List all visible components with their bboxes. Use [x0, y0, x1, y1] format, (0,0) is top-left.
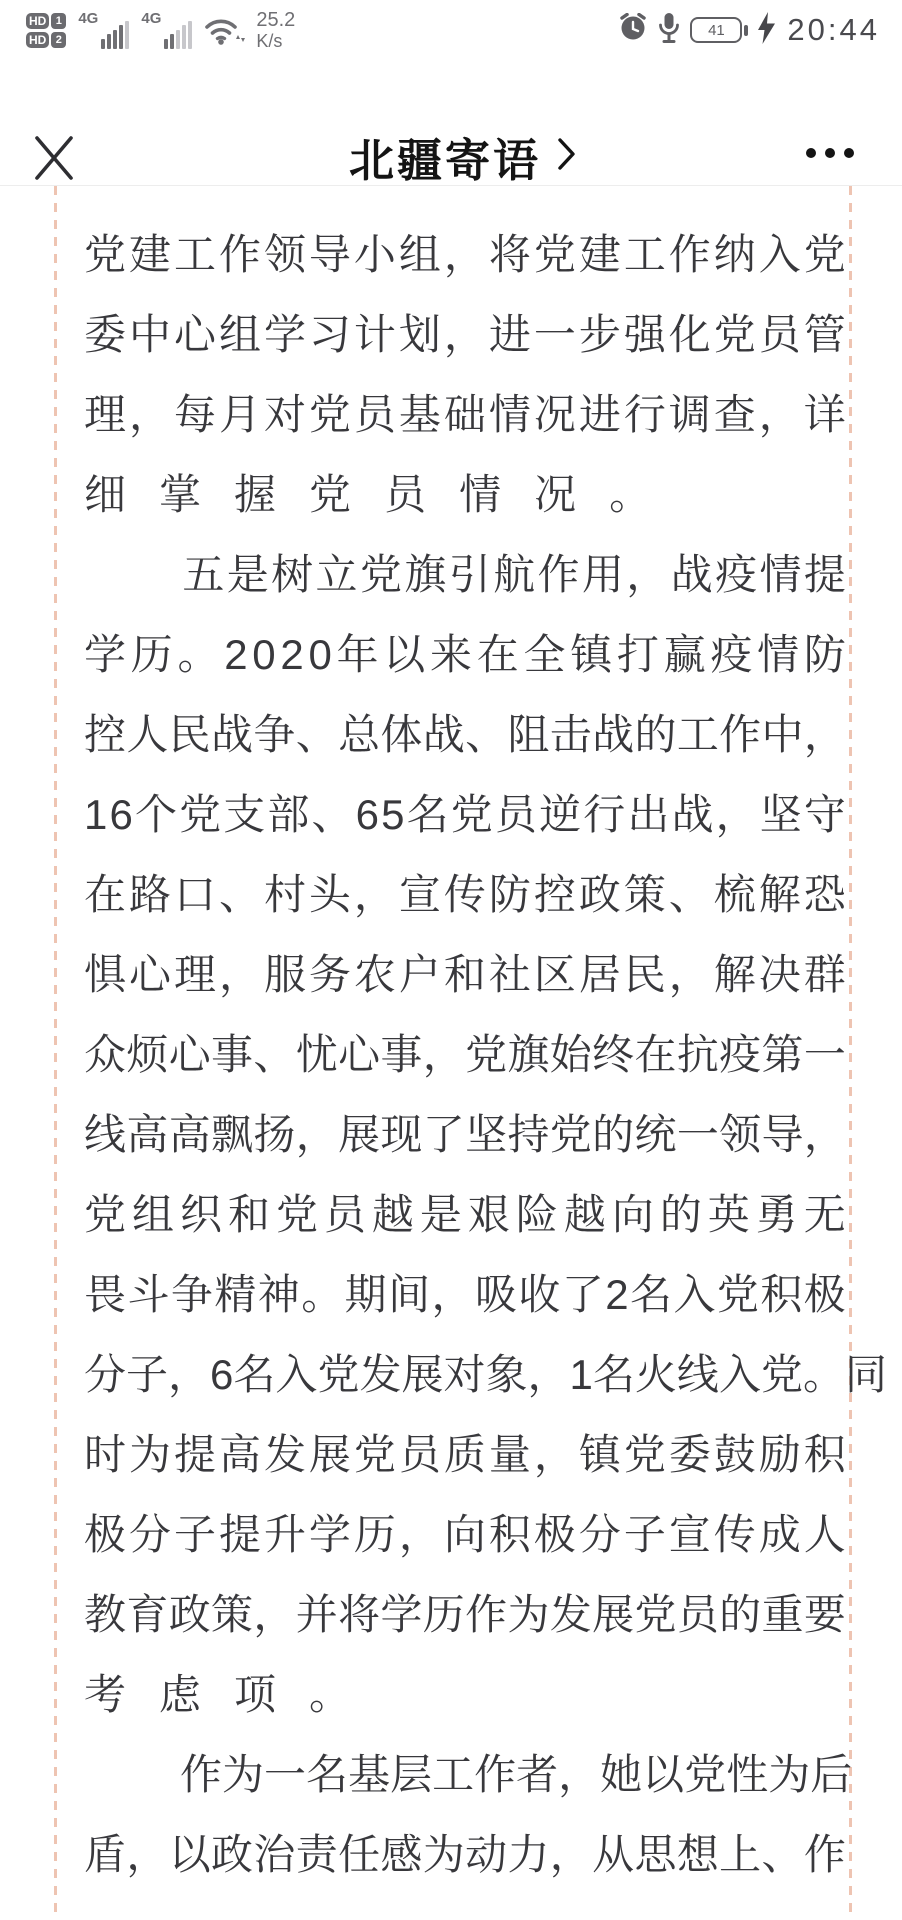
microphone-icon	[658, 12, 680, 49]
text-line: 16个党支部、65名党员逆行出战，坚守	[84, 775, 846, 855]
network-type-label: 4G	[141, 11, 161, 26]
signal-sim1: 4G	[78, 11, 129, 49]
page-left-dashed-border	[54, 186, 57, 1920]
battery-outline: 41	[690, 17, 742, 43]
network-speed: 25.2 K/s	[256, 9, 295, 51]
text-line: 委中心组学习计划，进一步强化党员管	[84, 295, 846, 375]
close-button[interactable]	[28, 134, 80, 186]
hd-icon: HD	[26, 13, 49, 29]
speed-value: 25.2	[256, 9, 295, 31]
more-menu-button[interactable]	[806, 148, 854, 158]
status-right-cluster: 41 20:44	[618, 12, 880, 49]
text-line: 党组织和党员越是艰险越向的英勇无	[84, 1175, 846, 1255]
status-time: 20:44	[787, 12, 880, 48]
status-left-cluster: HD 1 HD 2 4G 4G	[26, 9, 295, 51]
more-dots-icon	[825, 148, 835, 158]
battery-tip	[744, 25, 748, 36]
text-line: 学历。2020年以来在全镇打赢疫情防	[84, 615, 846, 695]
text-line: 众烦心事、忧心事，党旗始终在抗疫第一	[84, 1015, 846, 1095]
page-title: 北疆寄语	[349, 124, 541, 189]
text-line: 控人民战争、总体战、阻击战的工作中，	[84, 695, 846, 775]
chevron-right-icon	[557, 135, 577, 178]
status-bar: HD 1 HD 2 4G 4G	[0, 0, 902, 56]
text-line: 线高高飘扬，展现了坚持党的统一领导，	[84, 1095, 846, 1175]
signal-bars-icon	[164, 21, 192, 49]
signal-bars-icon	[101, 21, 129, 49]
close-icon	[31, 134, 77, 187]
more-dots-icon	[844, 148, 854, 158]
hd-icon: HD	[26, 32, 49, 48]
text-line: 作为一名基层工作者，她以党性为后	[84, 1735, 846, 1815]
text-line: 极分子提升学历，向积极分子宣传成人	[84, 1495, 846, 1575]
nav-header: 北疆寄语	[0, 56, 902, 185]
text-line: 惧心理，服务农户和社区居民，解决群	[84, 935, 846, 1015]
phone-screen: HD 1 HD 2 4G 4G	[0, 0, 902, 1920]
text-line: 五是树立党旗引航作用，战疫情提	[84, 535, 846, 615]
battery-percent: 41	[708, 22, 725, 39]
network-type-label: 4G	[78, 11, 98, 26]
alarm-clock-icon	[618, 13, 648, 48]
charging-bolt-icon	[758, 12, 775, 49]
sim1-badge: HD 1	[26, 13, 66, 29]
text-line: 在路口、村头，宣传防控政策、梳解恐	[84, 855, 846, 935]
wifi-icon	[204, 14, 248, 46]
sim-badges: HD 1 HD 2	[26, 13, 66, 48]
article-text: 党建工作领导小组，将党建工作纳入党委中心组学习计划，进一步强化党员管理，每月对党…	[84, 215, 846, 1895]
sim2-badge: HD 2	[26, 32, 66, 48]
text-line: 畏斗争精神。期间，吸收了2名入党积极	[84, 1255, 846, 1335]
text-line: 分子，6名入党发展对象，1名火线入党。同	[84, 1335, 846, 1415]
text-line: 党建工作领导小组，将党建工作纳入党	[84, 215, 846, 295]
text-line: 理，每月对党员基础情况进行调查，详	[84, 375, 846, 455]
text-line: 细掌握党员情况。	[84, 455, 846, 535]
text-line: 盾，以政治责任感为动力，从思想上、作	[84, 1815, 846, 1895]
battery-icon: 41	[690, 17, 748, 43]
signal-sim2: 4G	[141, 11, 192, 49]
text-line: 考虑项。	[84, 1655, 846, 1735]
more-dots-icon	[806, 148, 816, 158]
sim1-number: 1	[51, 13, 66, 29]
page-title-button[interactable]: 北疆寄语	[349, 124, 577, 189]
sim2-number: 2	[51, 32, 66, 48]
page-right-dashed-border	[849, 186, 852, 1920]
text-line: 教育政策，并将学历作为发展党员的重要	[84, 1575, 846, 1655]
text-line: 时为提高发展党员质量，镇党委鼓励积	[84, 1415, 846, 1495]
header-divider	[0, 185, 902, 186]
speed-unit: K/s	[256, 31, 295, 51]
